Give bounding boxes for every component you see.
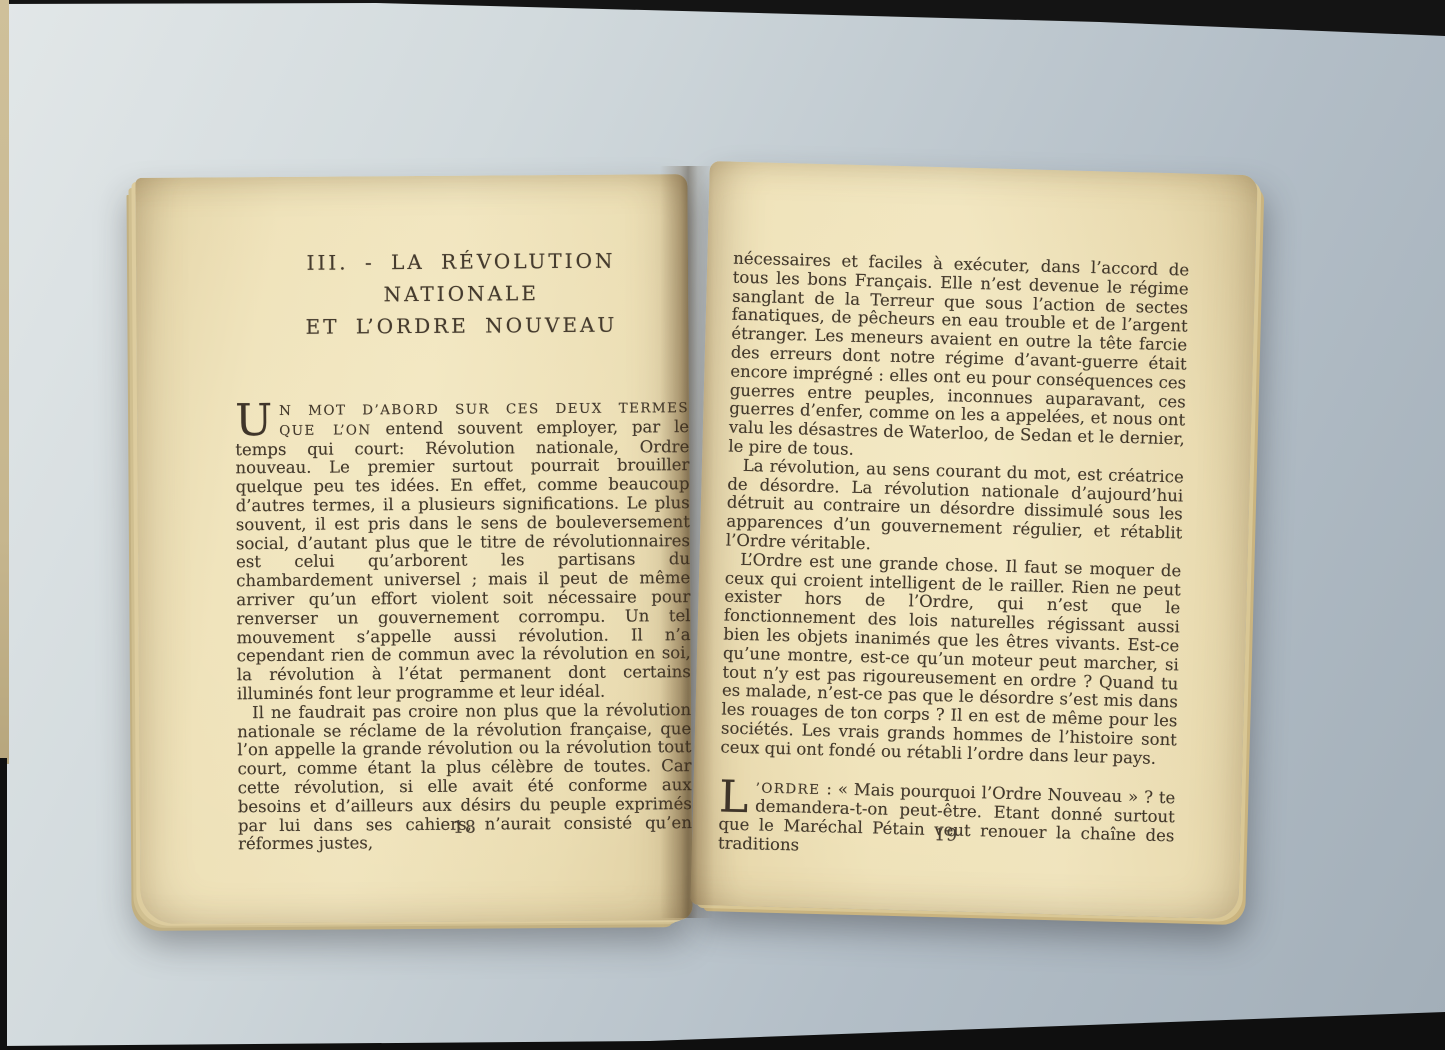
- scan-edge-strip-dark: [0, 758, 7, 1050]
- book-photo: III. - LA RÉVOLUTION NATIONALE ET L’ORDR…: [0, 0, 1445, 1050]
- paragraph: L’Ordre est une grande chose. Il faut se…: [720, 550, 1181, 769]
- chapter-heading: III. - LA RÉVOLUTION NATIONALE ET L’ORDR…: [230, 244, 693, 343]
- opening-paragraph: U N MOT D’ABORD SUR CES DEUX TERMES QUE …: [235, 398, 691, 704]
- paragraph: nécessaires et faciles à exécuter, dans …: [728, 250, 1189, 469]
- opening-paragraph-text: entend souvent employer, par le temps qu…: [235, 417, 691, 703]
- dropcap-initial: L: [719, 777, 756, 815]
- dropcap-initial: U: [235, 401, 279, 438]
- chapter-heading-line2: ET L’ORDRE NOUVEAU: [230, 308, 692, 343]
- section-lead-smallcaps: ’ORDRE: [755, 780, 820, 798]
- right-page: nécessaires et faciles à exécuter, dans …: [690, 161, 1257, 919]
- scan-edge-strip: [0, 0, 9, 764]
- right-page-text: nécessaires et faciles à exécuter, dans …: [718, 250, 1190, 865]
- chapter-heading-line1: III. - LA RÉVOLUTION NATIONALE: [230, 244, 692, 311]
- page-number-left: 18: [238, 816, 692, 839]
- left-page: III. - LA RÉVOLUTION NATIONALE ET L’ORDR…: [135, 174, 692, 924]
- paragraph: La révolution, au sens courant du mot, e…: [726, 456, 1184, 562]
- left-page-text: U N MOT D’ABORD SUR CES DEUX TERMES QUE …: [235, 398, 692, 854]
